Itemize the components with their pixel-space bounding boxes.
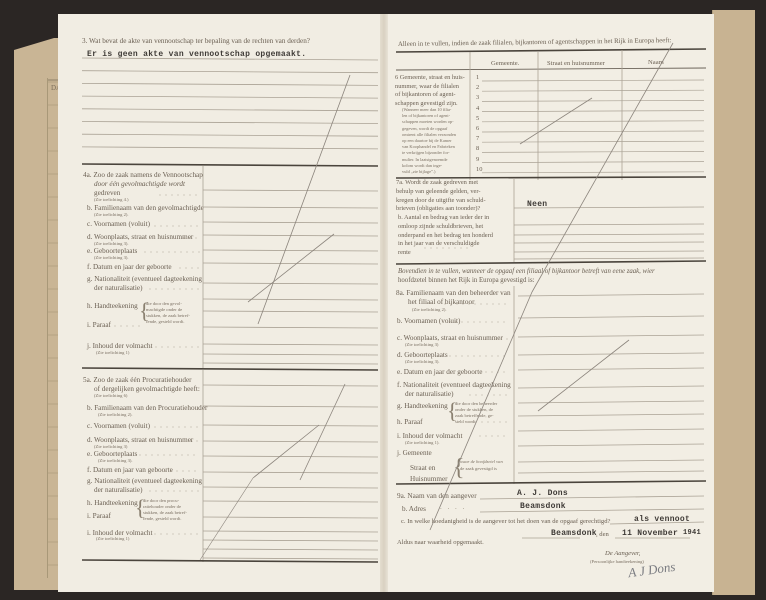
- q4-brace-2: machtigde onder de: [146, 308, 182, 313]
- table-row-number: 6: [476, 126, 479, 132]
- closing-date[interactable]: 11 November: [622, 530, 678, 538]
- q9b-label: b. Adres: [402, 506, 426, 513]
- q6note-line: van Koophandel en Fabrieken: [402, 145, 455, 149]
- q5b-note: (Zie toelichting 2).: [98, 413, 133, 418]
- table-row-number: 9: [476, 157, 479, 163]
- q6note-line: vuld „zie bijlage”.): [402, 170, 436, 174]
- q6note-line: te verkrijgen bijzonder for-: [402, 151, 450, 155]
- q8b-label: b. Voornamen (voluit): [397, 318, 460, 325]
- q7a-line: 7a. Wordt de zaak gedreven met: [396, 180, 478, 186]
- signer-title: De Aangever,: [605, 551, 640, 558]
- right-back-sheet: [712, 10, 755, 595]
- q4-brace-1: die door den gevol-: [146, 302, 182, 307]
- closing-label: Aldus naar waarheid opgemaakt.: [397, 540, 484, 547]
- q6lines-line: of bijkantoren of agent-: [395, 92, 456, 98]
- q7-answer[interactable]: Neen: [527, 201, 547, 209]
- q8-intro-2: hoofdzetel binnen het Rijk in Europa gev…: [398, 278, 534, 285]
- q8g-label: g. Handteekening: [397, 403, 448, 410]
- q8e-label: e. Datum en jaar der geboorte: [397, 369, 482, 376]
- q6note-line: (Wanneer meer dan 10 filia-: [402, 108, 451, 112]
- q8d-note: (Zie toelichting 3).: [405, 360, 440, 365]
- q5d-note: (Zie toelichting 3): [94, 445, 127, 450]
- q7a-line: kregen door de uitgifte van schuld-: [396, 198, 486, 204]
- q8a-label-2: het filiaal of bijkantoor: [408, 299, 474, 306]
- col-header-gemeente: Gemeente.: [491, 61, 519, 68]
- col-header-straat: Straat en huisnummer: [547, 61, 605, 68]
- q5i-label: i. Paraaf: [87, 513, 111, 520]
- q8i-note: (Zie toelichting 1).: [405, 441, 440, 446]
- q7a-line: behulp van geleende gelden, ver-: [396, 189, 481, 195]
- q8-brace-1: die door den beheerder: [455, 402, 497, 407]
- q5g-label-2: der naturalisatie): [94, 487, 143, 494]
- table-row-number: 8: [476, 146, 479, 152]
- q4e-note: (Zie toelichting 3).: [94, 256, 129, 261]
- q4c-label: c. Voornamen (voluit): [87, 221, 150, 228]
- q7b-line: omloop zijnde schuldbrieven, het: [398, 224, 483, 230]
- q9a-label: 9a. Naam van den aangever: [397, 493, 477, 500]
- q6note-line: len of bijkantoren of agent-: [402, 114, 450, 118]
- closing-den: , den: [596, 532, 609, 539]
- q7b-line: b. Aantal en bedrag van ieder der in: [398, 215, 489, 221]
- q7b-line: in het jaar van de verschuldigde: [398, 241, 479, 247]
- table-row-number: 7: [476, 136, 479, 142]
- table-row-number: 2: [476, 85, 479, 91]
- q6note-line: gegeven, wordt de opgaaf: [402, 127, 447, 131]
- q8-brace-3: zaak betreffende, ge-: [455, 414, 494, 419]
- q4d-note: (Zie toelichting 3).: [94, 242, 129, 247]
- col-header-naam: Naam: [648, 60, 664, 67]
- table-row-number: 5: [476, 116, 479, 122]
- q6lines-line: schappen gevestigd zijn.: [395, 101, 458, 107]
- table-row-number: 4: [476, 106, 479, 112]
- q4i-label: i. Paraaf: [87, 322, 111, 329]
- q6note-line: mulier. In laatstgenoemde: [402, 158, 447, 162]
- q8-brace-2: onder de stukken, de: [455, 408, 493, 413]
- q8-house-label: Huisnummer: [410, 476, 448, 483]
- q4g-label: g. Nationaliteit (eventueel dagteekening: [87, 276, 202, 283]
- q7a-line: brieven (obligaties aan toonder)?: [396, 206, 480, 212]
- table-row-number: 3: [476, 95, 479, 101]
- q6note-line: kolom wordt dan inge-: [402, 164, 442, 168]
- q8-intro-1: Bovendien in te vullen, wanneer de opgaa…: [398, 269, 655, 276]
- q6note-line: schappen moeten worden op-: [402, 120, 454, 124]
- q8c-note: (Zie toelichting 3): [405, 343, 438, 348]
- q4j-note: (Zie toelichting 1): [96, 351, 129, 356]
- q4f-label: f. Datum en jaar der geboorte: [87, 264, 172, 271]
- q8-brace-4: steld wordt.: [455, 420, 477, 425]
- q5j-note: (Zie toelichting 1): [96, 537, 129, 542]
- q5g-label: g. Nationaliteit (eventueel dagteekening: [87, 478, 202, 485]
- q4-brace-4: fende, gesteld wordt.: [146, 320, 185, 325]
- q6lines-line: 6 Gemeente, straat en huis-: [395, 75, 465, 81]
- q5c-label: c. Voornamen (voluit): [87, 423, 150, 430]
- q5f-label: f. Datum en jaar van geboorte: [87, 467, 173, 474]
- q4a-label-2: door één gevolmachtigde wordt: [94, 181, 185, 188]
- question-3-answer[interactable]: Er is geen akte van vennootschap opgemaa…: [87, 51, 306, 59]
- q4a-label: 4a. Zoo de zaak namens de Vennootschap: [83, 172, 203, 179]
- q9c-value[interactable]: als vennoot: [634, 516, 690, 524]
- q5-brace-2: ratiehouder onder de: [143, 505, 181, 510]
- closing-year[interactable]: 1941: [683, 530, 701, 537]
- q5a-note: (Zie toelichting 6): [94, 394, 127, 399]
- closing-place[interactable]: Beamsdonk: [551, 530, 597, 538]
- q8a-note: (Zie toelichting 2).: [412, 308, 447, 313]
- q7b-line: onderpand en het bedrag ten honderd: [398, 233, 493, 239]
- q8j-label: j. Gemeente: [397, 450, 432, 457]
- q5-brace-4: fende, gesteld wordt.: [143, 517, 182, 522]
- q5h-label: h. Handteekening: [87, 500, 138, 507]
- table-row-number: 10: [476, 167, 482, 173]
- q5a-label: 5a. Zoo de zaak één Procuratiehouder: [83, 377, 192, 384]
- q6lines-line: nummer, waar de filialen: [395, 84, 459, 90]
- q4a-note: (Zie toelichting 4.): [94, 198, 129, 203]
- q5-brace-3: stukken, de zaak betref-: [143, 511, 187, 516]
- table-row-number: 1: [476, 75, 479, 81]
- dots: . . . .: [440, 504, 466, 511]
- q4b-note: (Zie toelichting 2).: [94, 213, 129, 218]
- q6note-line: omtrent alle filialen verzonden: [402, 133, 456, 137]
- q4-brace-3: stukken, de zaak betref-: [146, 314, 190, 319]
- q4g-label-2: der naturalisatie): [94, 285, 143, 292]
- q9a-value[interactable]: A. J. Dons: [517, 490, 568, 498]
- q8-brace2-2: de zaak gevestigd is: [460, 467, 497, 472]
- q4h-label: h. Handteekening: [87, 303, 138, 310]
- q8-street-label: Straat en: [410, 465, 435, 472]
- q6note-line: op een daartoe bij de Kamer: [402, 139, 452, 143]
- q8a-label: 8a. Familienaam van den beheerder van: [396, 290, 511, 297]
- q8-brace2-1: waar de hoofdzetel van: [460, 460, 503, 465]
- book-spine: [380, 14, 388, 592]
- q5e-note: (Zie toelichting 3).: [98, 459, 133, 464]
- q8f-label: f. Nationaliteit (eventueel dagteekening: [397, 382, 511, 389]
- q5-brace-1: die door den procu-: [143, 499, 179, 504]
- q9b-value[interactable]: Beamsdonk: [520, 503, 566, 511]
- q7b-line: rente: [398, 250, 411, 256]
- question-3-label: 3. Wat bevat de akte van vennootschap te…: [82, 38, 310, 45]
- q9c-label: c. In welke hoedanigheid is de aangever …: [401, 519, 610, 526]
- q8h-label: h. Paraaf: [397, 419, 423, 426]
